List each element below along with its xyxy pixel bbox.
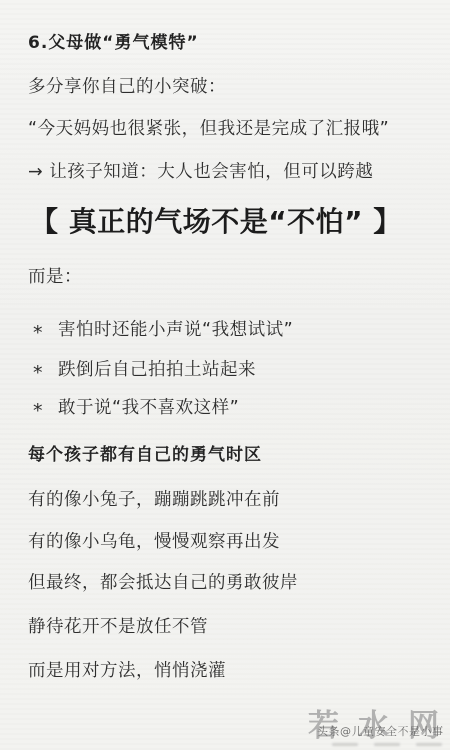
bullet-asterisk-icon: * <box>33 364 43 383</box>
paragraph-arrow-takeaway: → 让孩子知道：大人也会害怕，但可以跨越 <box>28 162 373 184</box>
watermark-credit-line: 头条@儿童安全不是小事 <box>317 723 444 739</box>
paragraph-rabbit: 有的像小兔子，蹦蹦跳跳冲在前 <box>28 490 280 512</box>
subheading-courage-timezone: 每个孩子都有自己的勇气时区 <box>28 445 262 466</box>
watermark-smudge <box>374 743 400 746</box>
paragraph-lead-in: 而是： <box>28 267 82 289</box>
watermark-smudge <box>332 743 358 746</box>
article-page: 6.父母做“勇气模特” 多分享你自己的小突破： “今天妈妈也很紧张，但我还是完成… <box>0 0 450 750</box>
paragraph-wait-flower: 静待花开不是放任不管 <box>28 617 208 639</box>
paragraph-watering: 而是用对方法，悄悄浇灌 <box>28 661 226 683</box>
bullet-asterisk-icon: * <box>33 402 43 421</box>
bullet-item-stand-up: 跌倒后自己拍拍土站起来 <box>58 360 256 382</box>
bullet-item-dare-say: 敢于说“我不喜欢这样” <box>58 398 239 420</box>
bullet-item-whisper: 害怕时还能小声说“我想试试” <box>58 320 293 342</box>
paragraph-share-tip: 多分享你自己的小突破： <box>28 77 226 99</box>
paragraph-example-quote: “今天妈妈也很紧张，但我还是完成了汇报哦” <box>28 119 389 141</box>
big-bracket-heading: 【 真正的气场不是“不怕” 】 <box>30 204 402 239</box>
paragraph-arrive: 但最终，都会抵达自己的勇敢彼岸 <box>28 573 298 595</box>
bullet-asterisk-icon: * <box>33 324 43 343</box>
paragraph-turtle: 有的像小乌龟，慢慢观察再出发 <box>28 532 280 554</box>
watermark-smudge <box>416 743 442 746</box>
section-heading: 6.父母做“勇气模特” <box>28 33 199 54</box>
